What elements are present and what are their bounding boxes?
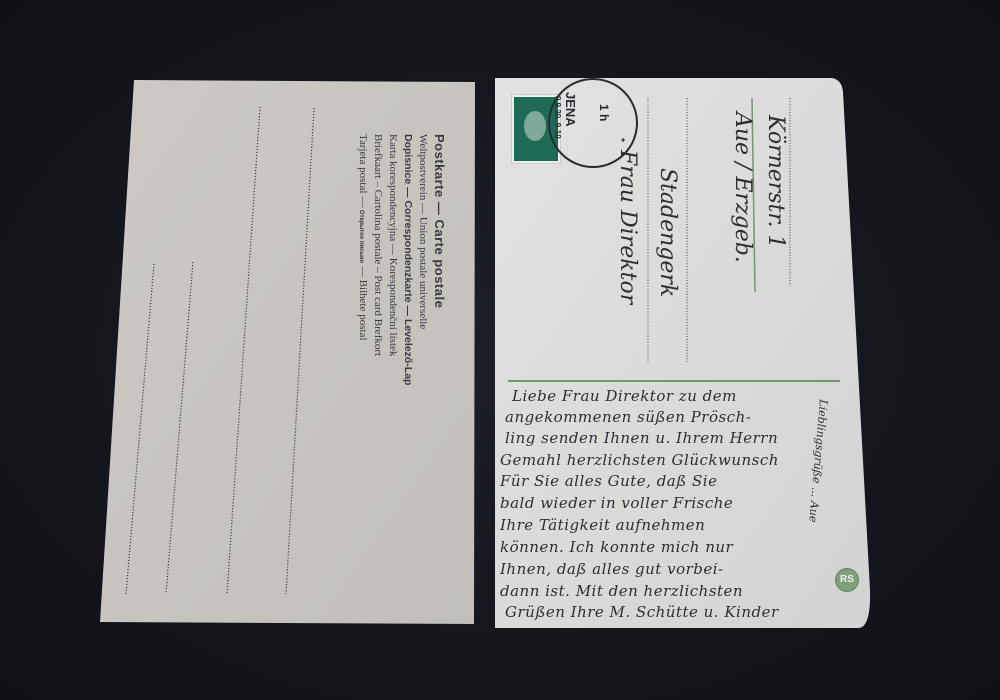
message-line: Ihnen, daß alles gut vorbei- (500, 560, 724, 578)
message-line: Gemahl herzlichsten Glückwunsch (500, 451, 779, 469)
header-title: Postkarte — Carte postale (430, 134, 448, 384)
header-line-1: Weltpostverein — Union postale universel… (415, 134, 430, 384)
message-line: ling senden Ihnen u. Ihrem Herrn (505, 429, 778, 447)
message-line: Ihre Tätigkeit aufnehmen (500, 516, 705, 534)
message-line: Grüßen Ihre M. Schütte u. Kinder (505, 603, 779, 621)
header-line-3: Karta korespondencyjna — Korespondenční … (385, 134, 400, 384)
message-line: können. Ich konnte mich nur (500, 538, 733, 556)
postmark-city: JENA (563, 92, 578, 127)
message-line: dann ist. Mit den herzlichsten (500, 582, 743, 600)
postmark-date: 9.9.30. 9-10 (553, 96, 562, 139)
address-line-3: Aue / Erzgeb. (730, 112, 755, 263)
seal-stamp-icon: RS (835, 568, 859, 592)
address-line-2: Stadengerk (655, 168, 680, 297)
message-line: Für Sie alles Gute, daß Sie (500, 472, 717, 490)
message-line: angekommenen süßen Prösch- (505, 408, 751, 426)
portrait-icon (524, 111, 546, 141)
message-line: bald wieder in voller Frische (500, 494, 733, 512)
postmark-code: 1 h (597, 104, 611, 121)
header-line-2: Dopisnice — Correspondenzkarte — Levelez… (400, 134, 415, 384)
address-line-4: Körnerstr. 1 (763, 115, 788, 249)
address-line-1: Frau Direktor (615, 150, 640, 304)
header-line-4: Briefkaart – Cartolina postale – Post ca… (370, 134, 385, 384)
postmark-star: * (615, 138, 626, 142)
printed-header: Postkarte — Carte postale Weltpostverein… (328, 134, 448, 384)
message-line: Liebe Frau Direktor zu dem (512, 387, 737, 405)
header-line-5: Tarjeta postal — Открытое письмо — Bilhe… (353, 134, 370, 384)
